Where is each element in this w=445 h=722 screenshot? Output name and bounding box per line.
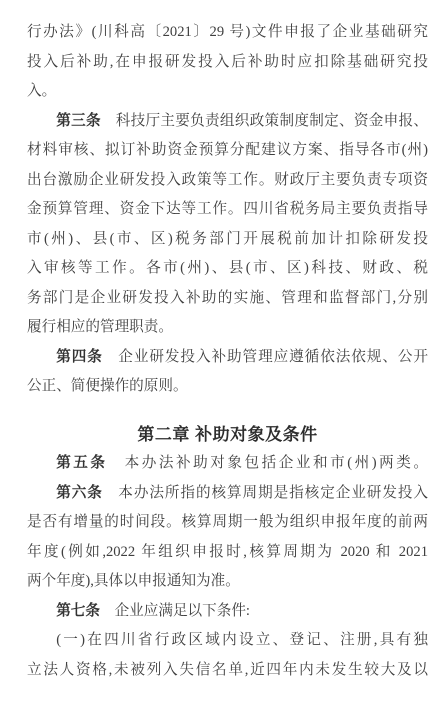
chapter-heading: 第二章 补助对象及条件 — [27, 420, 428, 450]
text-line: 第六条 本办法所指的核算周期是指核定企业研发投入 — [27, 479, 428, 509]
line-text: 企业应满足以下条件: — [100, 603, 250, 619]
text-line: 两个年度),具体以申报通知为准。 — [27, 567, 428, 597]
article-number: 第五条 — [56, 455, 107, 471]
line-text: 履行相应的管理职责。 — [27, 319, 173, 335]
article-number: 第四条 — [56, 349, 103, 365]
text-line: 入。 — [27, 77, 428, 107]
line-text: 出台激励企业研发投入政策等工作。财政厅主要负责专项资 — [27, 172, 428, 188]
paragraph-block-after-heading: 第五条 本办法补助对象包括企业和市(州)两类。第六条 本办法所指的核算周期是指核… — [27, 449, 428, 685]
line-text: 是否有增量的时间段。核算周期一般为组织申报年度的前两 — [27, 514, 428, 530]
text-line: 第四条 企业研发投入补助管理应遵循依法依规、公开 — [27, 343, 428, 373]
line-text: 投入后补助,在申报研发投入后补助时应扣除基础研究投 — [27, 54, 428, 70]
text-line: 市(州)、县(市、区)税务部门开展税前加计扣除研发投 — [27, 225, 428, 255]
line-text: 务部门是企业研发投入补助的实施、管理和监督部门,分别 — [27, 290, 428, 306]
line-text: (一)在四川省行政区域内设立、登记、注册,具有独 — [56, 632, 428, 648]
text-line: 入审核等工作。各市(州)、县(市、区)科技、财政、税 — [27, 254, 428, 284]
text-line: (一)在四川省行政区域内设立、登记、注册,具有独 — [27, 626, 428, 656]
text-line: 第三条 科技厅主要负责组织政策制度制定、资金申报、 — [27, 107, 428, 137]
text-line: 第七条 企业应满足以下条件: — [27, 597, 428, 627]
text-line: 行办法》(川科高〔2021〕29 号)文件申报了企业基础研究 — [27, 18, 428, 48]
article-number: 第三条 — [56, 113, 101, 129]
text-line: 是否有增量的时间段。核算周期一般为组织申报年度的前两 — [27, 508, 428, 538]
paragraph-block-before-heading: 行办法》(川科高〔2021〕29 号)文件申报了企业基础研究投入后补助,在申报研… — [27, 18, 428, 402]
line-text: 材料审核、拟订补助资金预算分配建议方案、指导各市(州) — [27, 142, 428, 158]
line-text: 年度(例如,2022 年组织申报时,核算周期为 2020 和 2021 — [27, 544, 428, 560]
line-text: 立法人资格,未被列入失信名单,近四年内未发生较大及以 — [27, 662, 428, 678]
text-line: 金预算管理、资金下达等工作。四川省税务局主要负责指导 — [27, 195, 428, 225]
line-text: 市(州)、县(市、区)税务部门开展税前加计扣除研发投 — [27, 231, 428, 247]
line-text: 入。 — [27, 83, 56, 99]
text-line: 公正、简便操作的原则。 — [27, 372, 428, 402]
document-page: 行办法》(川科高〔2021〕29 号)文件申报了企业基础研究投入后补助,在申报研… — [0, 0, 445, 722]
line-text: 本办法所指的核算周期是指核定企业研发投入 — [103, 485, 428, 501]
line-text: 行办法》(川科高〔2021〕29 号)文件申报了企业基础研究 — [27, 24, 428, 40]
line-text: 公正、简便操作的原则。 — [27, 378, 188, 394]
article-number: 第七条 — [56, 603, 100, 619]
line-text: 企业研发投入补助管理应遵循依法依规、公开 — [103, 349, 428, 365]
line-text: 入审核等工作。各市(州)、县(市、区)科技、财政、税 — [27, 260, 428, 276]
text-line: 履行相应的管理职责。 — [27, 313, 428, 343]
text-line: 第五条 本办法补助对象包括企业和市(州)两类。 — [27, 449, 428, 479]
text-line: 年度(例如,2022 年组织申报时,核算周期为 2020 和 2021 — [27, 538, 428, 568]
text-line: 出台激励企业研发投入政策等工作。财政厅主要负责专项资 — [27, 166, 428, 196]
article-number: 第六条 — [56, 485, 103, 501]
line-text: 本办法补助对象包括企业和市(州)两类。 — [108, 455, 428, 471]
text-line: 材料审核、拟订补助资金预算分配建议方案、指导各市(州) — [27, 136, 428, 166]
line-text: 金预算管理、资金下达等工作。四川省税务局主要负责指导 — [27, 201, 428, 217]
line-text: 科技厅主要负责组织政策制度制定、资金申报、 — [101, 113, 428, 129]
text-line: 立法人资格,未被列入失信名单,近四年内未发生较大及以 — [27, 656, 428, 686]
text-line: 投入后补助,在申报研发投入后补助时应扣除基础研究投 — [27, 48, 428, 78]
line-text: 两个年度),具体以申报通知为准。 — [27, 573, 240, 589]
text-line: 务部门是企业研发投入补助的实施、管理和监督部门,分别 — [27, 284, 428, 314]
